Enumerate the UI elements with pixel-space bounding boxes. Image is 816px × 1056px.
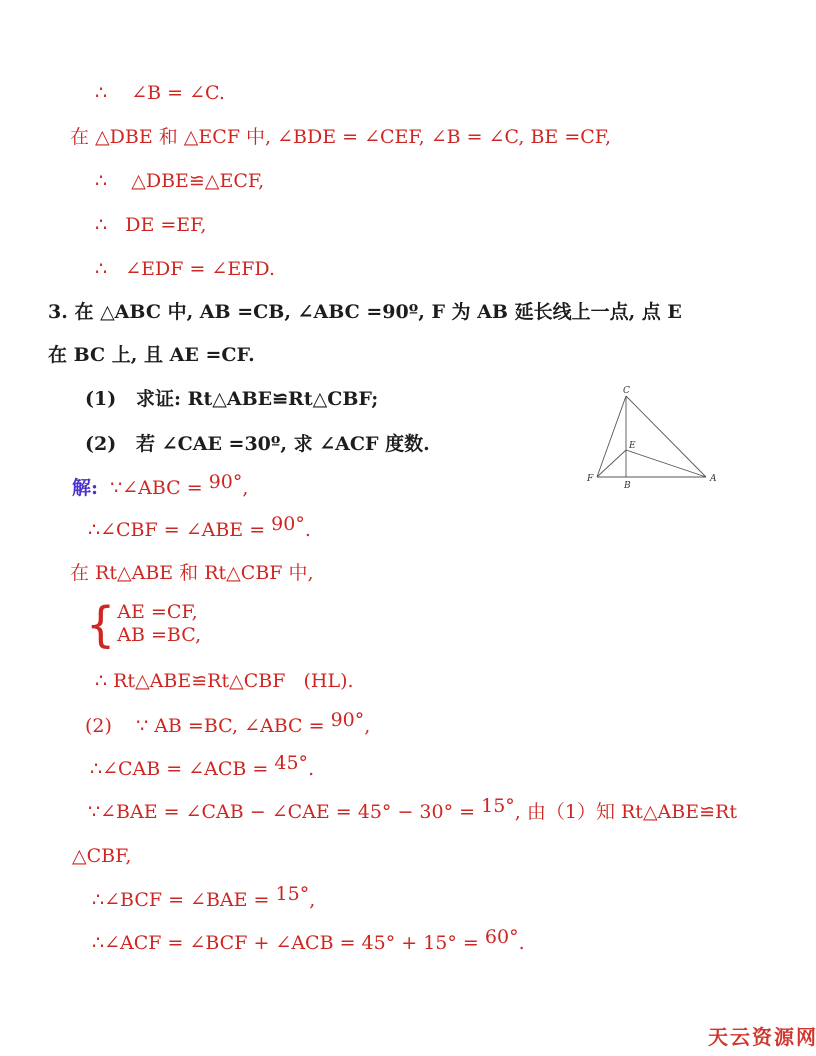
diagram-edge-FE: [597, 450, 626, 477]
text-segment: .: [305, 519, 311, 541]
text-line: ∴∠CAB = ∠ACB = 45°.: [90, 756, 314, 782]
degree-value: 15°: [276, 883, 310, 905]
watermark: 天云资源网: [708, 1021, 816, 1050]
diagram-point-label-A: A: [709, 474, 717, 484]
text-line: 在 △DBE 和 △ECF 中, ∠BDE = ∠CEF, ∠B = ∠C, B…: [70, 124, 611, 150]
system-rows: AE =CF,AB =BC,: [117, 601, 201, 647]
text-segment: ∴∠CBF = ∠ABE =: [88, 519, 271, 541]
text-segment: , 由（1）知 Rt△ABE≌Rt: [515, 801, 737, 823]
text-segment: ,: [309, 889, 315, 911]
text-line: ∴∠CBF = ∠ABE = 90°.: [88, 517, 311, 543]
text-segment: (2) 若 ∠CAE =30º, 求 ∠ACF 度数.: [85, 433, 430, 455]
text-line: (1) 求证: Rt△ABE≌Rt△CBF;: [85, 386, 378, 412]
text-segment: ,: [242, 477, 248, 499]
text-line: ∴ △DBE≌△ECF,: [95, 168, 264, 194]
text-segment: ∵∠BAE = ∠CAB − ∠CAE = 45° − 30° =: [88, 801, 481, 823]
text-segment: ∴ △DBE≌△ECF,: [95, 170, 264, 192]
diagram-point-label-E: E: [628, 441, 636, 451]
text-segment: ,: [364, 715, 370, 737]
text-segment: 解:: [72, 477, 98, 499]
equation-system-line: {AE =CF,AB =BC,: [86, 600, 201, 648]
text-segment: ∴ ∠B = ∠C.: [95, 82, 225, 104]
text-line: 在 Rt△ABE 和 Rt△CBF 中,: [70, 560, 314, 586]
text-segment: .: [519, 932, 525, 954]
diagram-edge-EA: [626, 450, 706, 477]
diagram-point-label-F: F: [586, 474, 594, 484]
system-row: AB =BC,: [117, 624, 201, 647]
text-line: △CBF,: [72, 843, 131, 869]
worksheet-page: ∴ ∠B = ∠C.在 △DBE 和 △ECF 中, ∠BDE = ∠CEF, …: [0, 0, 816, 1056]
degree-value: 90°: [271, 513, 305, 535]
text-line: ∴∠ACF = ∠BCF + ∠ACB = 45° + 15° = 60°.: [92, 930, 525, 956]
text-line: 3. 在 △ABC 中, AB =CB, ∠ABC =90º, F 为 AB 延…: [48, 299, 682, 325]
text-segment: (1) 求证: Rt△ABE≌Rt△CBF;: [85, 388, 378, 410]
text-line: ∴ ∠EDF = ∠EFD.: [95, 256, 275, 282]
text-line: ∴ DE =EF,: [95, 212, 206, 238]
text-line: ∴ Rt△ABE≌Rt△CBF (HL).: [95, 668, 354, 694]
text-line: ∴∠BCF = ∠BAE = 15°,: [92, 887, 315, 913]
text-line: 在 BC 上, 且 AE =CF.: [48, 342, 255, 368]
text-segment: .: [308, 758, 314, 780]
text-line: (2) ∵ AB =BC, ∠ABC = 90°,: [85, 713, 370, 739]
diagram-edge-CF: [597, 396, 626, 477]
degree-value: 90°: [331, 709, 365, 731]
text-segment: (2) ∵ AB =BC, ∠ABC =: [85, 715, 331, 737]
text-segment: ∴∠CAB = ∠ACB =: [90, 758, 274, 780]
text-segment: ∵∠ABC =: [98, 477, 209, 499]
text-segment: ∴ ∠EDF = ∠EFD.: [95, 258, 275, 280]
degree-value: 90°: [209, 471, 243, 493]
text-segment: 在 Rt△ABE 和 Rt△CBF 中,: [70, 562, 314, 584]
text-line: ∵∠BAE = ∠CAB − ∠CAE = 45° − 30° = 15°, 由…: [88, 799, 737, 825]
system-brace: {: [86, 599, 115, 649]
text-segment: 3. 在 △ABC 中, AB =CB, ∠ABC =90º, F 为 AB 延…: [48, 301, 682, 323]
text-segment: 在 BC 上, 且 AE =CF.: [48, 344, 255, 366]
diagram-point-label-B: B: [623, 481, 631, 491]
degree-value: 45°: [274, 752, 308, 774]
text-segment: ∴∠BCF = ∠BAE =: [92, 889, 276, 911]
text-line: (2) 若 ∠CAE =30º, 求 ∠ACF 度数.: [85, 431, 430, 457]
text-segment: △CBF,: [72, 845, 131, 867]
system-row: AE =CF,: [117, 601, 201, 624]
text-line: 解: ∵∠ABC = 90°,: [72, 475, 248, 501]
text-segment: ∴∠ACF = ∠BCF + ∠ACB = 45° + 15° =: [92, 932, 485, 954]
text-line: ∴ ∠B = ∠C.: [95, 80, 225, 106]
degree-value: 60°: [485, 926, 519, 948]
text-segment: ∴ Rt△ABE≌Rt△CBF (HL).: [95, 670, 354, 692]
diagram-edge-CA: [626, 396, 706, 477]
degree-value: 15°: [481, 795, 515, 817]
text-segment: 在 △DBE 和 △ECF 中, ∠BDE = ∠CEF, ∠B = ∠C, B…: [70, 126, 611, 148]
diagram-point-label-C: C: [623, 386, 630, 396]
geometry-diagram-triangle-ABCF: CFBAE: [586, 386, 726, 491]
text-segment: ∴ DE =EF,: [95, 214, 206, 236]
